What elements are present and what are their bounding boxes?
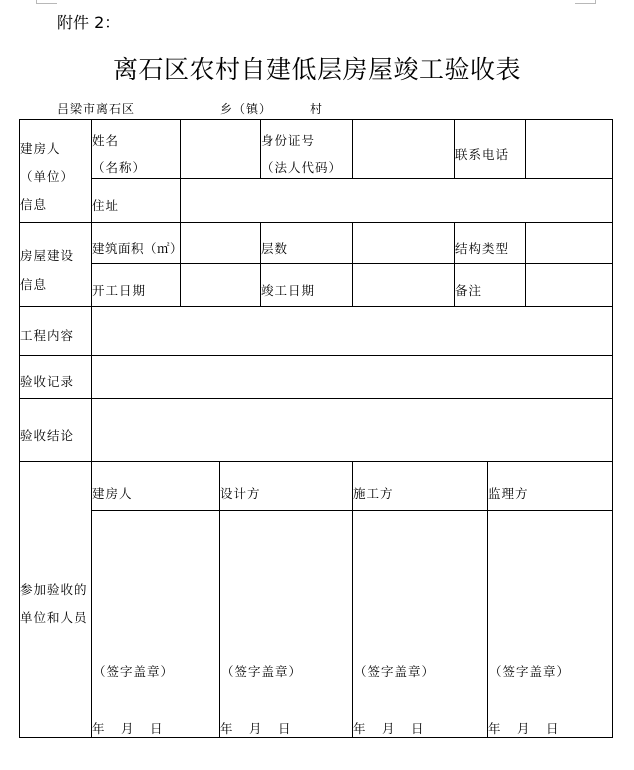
- phone-field[interactable]: [526, 120, 612, 178]
- floors-label-text: 层数: [261, 239, 288, 257]
- remarks-label-text: 备注: [455, 281, 482, 299]
- date-day-label: 日: [278, 719, 292, 737]
- project-content-field[interactable]: [92, 307, 612, 355]
- date-day-label: 日: [411, 719, 425, 737]
- participants-label: 参加验收的 单位和人员: [19, 461, 91, 737]
- remarks-label: 备注: [454, 263, 525, 306]
- signature-area[interactable]: [353, 511, 486, 661]
- name-label-line: （名称）: [92, 158, 146, 176]
- signature-area[interactable]: [488, 511, 611, 661]
- participants-label-line: 参加验收的: [20, 580, 88, 598]
- party-column-contractor: 施工方 （签字盖章） 年 月 日: [352, 461, 487, 737]
- participants-label-line: 单位和人员: [20, 608, 88, 626]
- owner-label-line: 信息: [20, 195, 47, 213]
- completion-date-label-text: 竣工日期: [261, 281, 315, 299]
- page-corner-mark-left: [36, 0, 57, 4]
- name-label-line: 姓名: [92, 131, 119, 149]
- start-date-label: 开工日期: [91, 263, 180, 306]
- table-border-right: [612, 119, 613, 738]
- party-column-supervisor: 监理方 （签字盖章） 年 月 日: [487, 461, 612, 737]
- address-label-text: 住址: [92, 196, 119, 214]
- location-township: 乡（镇）: [220, 100, 272, 117]
- signature-area[interactable]: [220, 511, 351, 661]
- location-city-district: 吕梁市离石区: [57, 100, 135, 117]
- sign-seal-label: （签字盖章）: [221, 662, 302, 680]
- completion-date-label: 竣工日期: [260, 263, 352, 306]
- acceptance-conclusion-field[interactable]: [92, 399, 612, 461]
- date-year-label: 年: [92, 719, 106, 737]
- date-year-label: 年: [220, 719, 234, 737]
- party-name: 施工方: [353, 484, 394, 502]
- acceptance-record-field[interactable]: [92, 356, 612, 398]
- sign-seal-label: （签字盖章）: [93, 662, 174, 680]
- date-year-label: 年: [488, 719, 502, 737]
- structure-type-label: 结构类型: [454, 222, 525, 263]
- id-label-line: （法人代码）: [261, 158, 342, 176]
- date-month-label: 月: [517, 719, 531, 737]
- sign-seal-label: （签字盖章）: [489, 662, 570, 680]
- acceptance-conclusion-label: 验收结论: [19, 398, 91, 461]
- project-content-label-text: 工程内容: [20, 326, 74, 344]
- signature-area[interactable]: [92, 511, 218, 661]
- id-number-label: 身份证号 （法人代码）: [260, 119, 352, 178]
- date-month-label: 月: [382, 719, 396, 737]
- sign-seal-label: （签字盖章）: [354, 662, 435, 680]
- form-title: 离石区农村自建低层房屋竣工验收表: [0, 50, 634, 86]
- floors-label: 层数: [260, 222, 352, 263]
- completion-date-field[interactable]: [353, 264, 454, 306]
- name-field[interactable]: [181, 120, 260, 178]
- structure-type-field[interactable]: [526, 223, 612, 263]
- building-label-line: 信息: [20, 275, 47, 293]
- owner-label-line: （单位）: [20, 167, 74, 185]
- owner-info-label: 建房人 （单位） 信息: [19, 119, 91, 222]
- id-label-line: 身份证号: [261, 131, 315, 149]
- date-month-label: 月: [121, 719, 135, 737]
- page-corner-mark-right: [575, 0, 596, 4]
- project-content-label: 工程内容: [19, 306, 91, 355]
- location-village: 村: [310, 100, 323, 117]
- start-date-label-text: 开工日期: [92, 281, 146, 299]
- acceptance-conclusion-label-text: 验收结论: [20, 426, 74, 444]
- date-day-label: 日: [150, 719, 164, 737]
- acceptance-record-label: 验收记录: [19, 355, 91, 398]
- address-label: 住址: [91, 178, 180, 222]
- floor-area-field[interactable]: [181, 223, 260, 263]
- start-date-field[interactable]: [181, 264, 260, 306]
- structure-label-text: 结构类型: [455, 239, 509, 257]
- party-column-owner: 建房人 （签字盖章） 年 月 日: [91, 461, 219, 737]
- id-number-field[interactable]: [353, 120, 454, 178]
- phone-label-text: 联系电话: [455, 145, 509, 163]
- party-name: 建房人: [92, 484, 133, 502]
- date-year-label: 年: [353, 719, 367, 737]
- floors-field[interactable]: [353, 223, 454, 263]
- attachment-label: 附件 2：: [57, 10, 120, 33]
- party-column-designer: 设计方 （签字盖章） 年 月 日: [219, 461, 352, 737]
- phone-label: 联系电话: [454, 119, 525, 178]
- table-border-bottom: [19, 737, 613, 738]
- date-day-label: 日: [546, 719, 560, 737]
- floor-area-label-text: 建筑面积（㎡）: [92, 239, 183, 257]
- date-month-label: 月: [249, 719, 263, 737]
- party-name: 监理方: [488, 484, 529, 502]
- party-name: 设计方: [220, 484, 261, 502]
- acceptance-record-label-text: 验收记录: [20, 372, 74, 390]
- building-label-line: 房屋建设: [20, 246, 74, 264]
- building-info-label: 房屋建设 信息: [19, 222, 91, 306]
- address-field[interactable]: [181, 179, 612, 222]
- floor-area-label: 建筑面积（㎡）: [91, 222, 180, 263]
- name-label: 姓名 （名称）: [91, 119, 180, 178]
- owner-label-line: 建房人: [20, 139, 61, 157]
- remarks-field[interactable]: [526, 264, 612, 306]
